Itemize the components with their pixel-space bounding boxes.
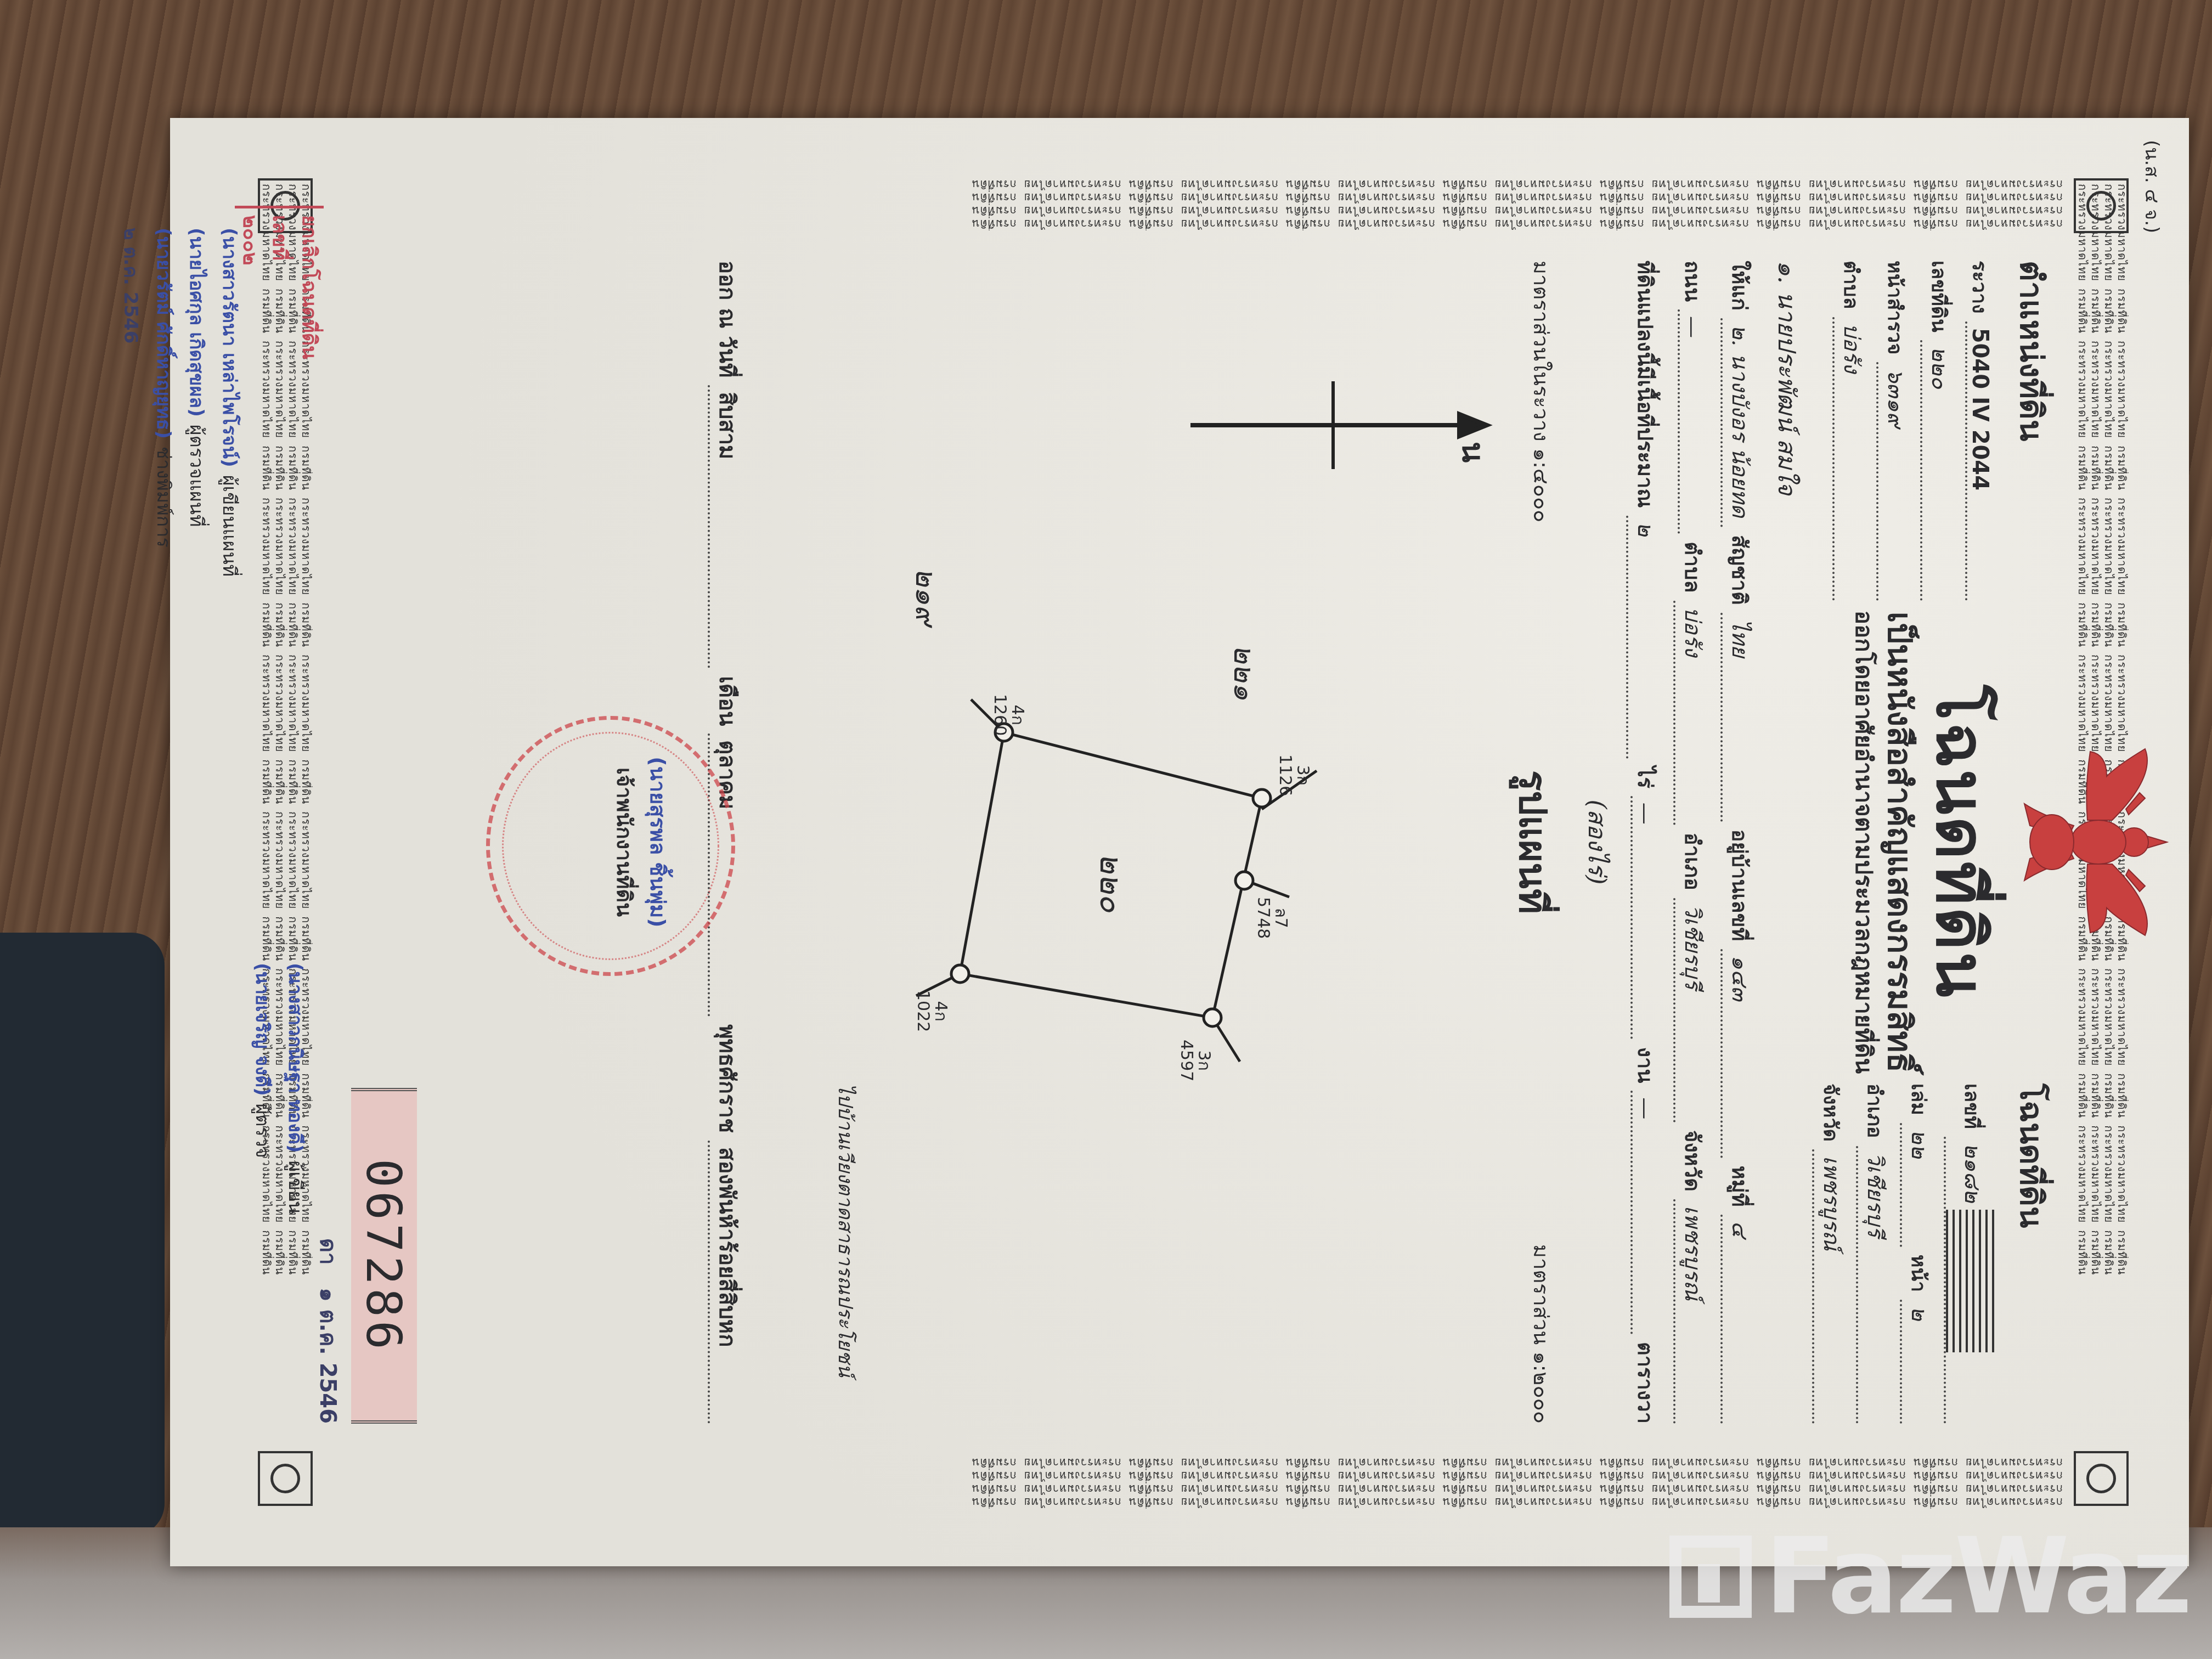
serial-date: ดา ๑ ต.ค. 2546 — [311, 1238, 346, 1424]
parcel-neighbor-label: ๒๑๙ — [904, 568, 949, 625]
registrar-signatures: (นางสาวกนิษฐา ทองดี)ผู้เขียน (นายเจริญ จ… — [245, 963, 313, 1457]
corner-ornament-icon — [2074, 1451, 2129, 1506]
boundary-marker-label: 4ก1260 — [991, 694, 1026, 736]
north-label: น — [1449, 442, 1498, 462]
cancellation-stamp: ยกเลิกโฉนดที่ดิน เลขที่ ๒๐๐๒ — [235, 206, 324, 359]
owner-line-1: ๑. นายประพัฒน์ สมใจ — [1768, 261, 1806, 495]
owner-province-value: เพชรบูรณ์ — [1673, 1199, 1711, 1424]
parcel-diagram — [785, 261, 1498, 1424]
corner-ornament-icon — [2074, 178, 2129, 233]
area-in-words: (สองไร่) — [1578, 800, 1616, 885]
boundary-marker-label: 3ก1126 — [1276, 754, 1311, 796]
boundary-marker-label: ล75748 — [1254, 897, 1289, 939]
border-text-left: กระทรวงมหาดไทย กรมที่ดิน กระทรวงมหาดไทย … — [313, 176, 2063, 230]
road-value: — — [1678, 309, 1705, 534]
wa-value: — — [1630, 1091, 1658, 1334]
issued-under-text: ออกโดยอาศัยอำนาจตามประมวลกฎหมายที่ดิน — [1846, 118, 1882, 1566]
fazwaz-logo-icon — [1669, 1536, 1752, 1618]
rai-value: ๒ — [1626, 516, 1663, 759]
moo-value: ๔ — [1720, 1215, 1758, 1424]
ngan-value: — — [1630, 796, 1658, 1040]
owner-tambon-value: บ่อรัง — [1673, 601, 1711, 825]
issue-day: สิบสาม — [708, 385, 745, 668]
boundary-marker-label: 3ก4597 — [1177, 1040, 1212, 1081]
boundary-marker-label: 4ก1022 — [914, 990, 949, 1032]
owner-block: ๑. นายประพัฒน์ สมใจ ให้แก่๒. นางบังอร น้… — [1568, 261, 1816, 1424]
border-text-right: กระทรวงมหาดไทย กรมที่ดิน กระทรวงมหาดไทย … — [313, 1454, 2063, 1509]
garuda-emblem-icon — [2013, 743, 2178, 941]
area-prefix: ที่ดินแปลงนี้มีเนื้อที่ประมาณ — [1629, 261, 1662, 508]
survey-stamp-date: ๒ ต.ค. 2546 — [115, 228, 146, 343]
owner-amphoe-value: วิเชียรบุรี — [1673, 898, 1711, 1122]
parcel-main-label: ๒๒๐ — [1087, 853, 1136, 912]
issue-year: สองพันห้าร้อยสี่สิบหก — [708, 1141, 745, 1424]
parcel-map: น ๒๒๐ ๒๒๑ ๒๑๙ 3ก1126 ล75748 3ก4597 4ก126… — [785, 261, 1498, 1424]
title-deed-paper: กระทรวงมหาดไทย กรมที่ดิน กระทรวงมหาดไทย … — [170, 118, 2189, 1566]
map-scale: มาตราส่วน ๑:๒๐๐๐ — [1525, 1244, 1558, 1424]
owner-line-2: ๒. นางบังอร น้อยทด — [1720, 318, 1758, 527]
location-heading: ตำแหน่งที่ดิน — [2006, 261, 2057, 601]
land-officer-signature: (นายสุรพล ชิ้นพุ่ม) เจ้าพนักงานที่ดิน — [608, 118, 675, 1566]
deed-province-value: เพชรบูรณ์ — [1812, 1149, 1849, 1424]
fazwaz-watermark: FazWaz — [1669, 1516, 2190, 1637]
deed-serial-number: 067286 — [351, 1088, 417, 1424]
parcel-neighbor-label: ๒๒๑ — [1222, 645, 1267, 701]
title-deed-photo: กระทรวงมหาดไทย กรมที่ดิน กระทรวงมหาดไทย … — [165, 110, 2194, 1575]
dark-fabric-edge — [0, 933, 165, 1536]
form-code: (น.ส. ๔ จ.) — [2137, 140, 2167, 233]
officer-name: (นายสุรพล ชิ้นพุ่ม) — [641, 118, 675, 1566]
officer-title: เจ้าพนักงานที่ดิน — [608, 118, 641, 1566]
map-annotation: ไปบ้านเวียงตาดสาธารณประโยชน์ — [830, 1084, 861, 1377]
deed-heading: โฉนดที่ดิน — [2006, 1084, 2057, 1424]
survey-signatures: (นางสาวรัตนา เหล่าไพโรจน์)ผู้เขียนแผนที่… — [113, 228, 247, 941]
watermark-brand: FazWaz — [1765, 1516, 2190, 1637]
nationality-value: ไทย — [1720, 613, 1758, 822]
corner-ornament-icon — [258, 1451, 313, 1506]
house-number-value: ๑๔๓ — [1720, 949, 1758, 1158]
north-arrow-icon — [1190, 381, 1487, 469]
